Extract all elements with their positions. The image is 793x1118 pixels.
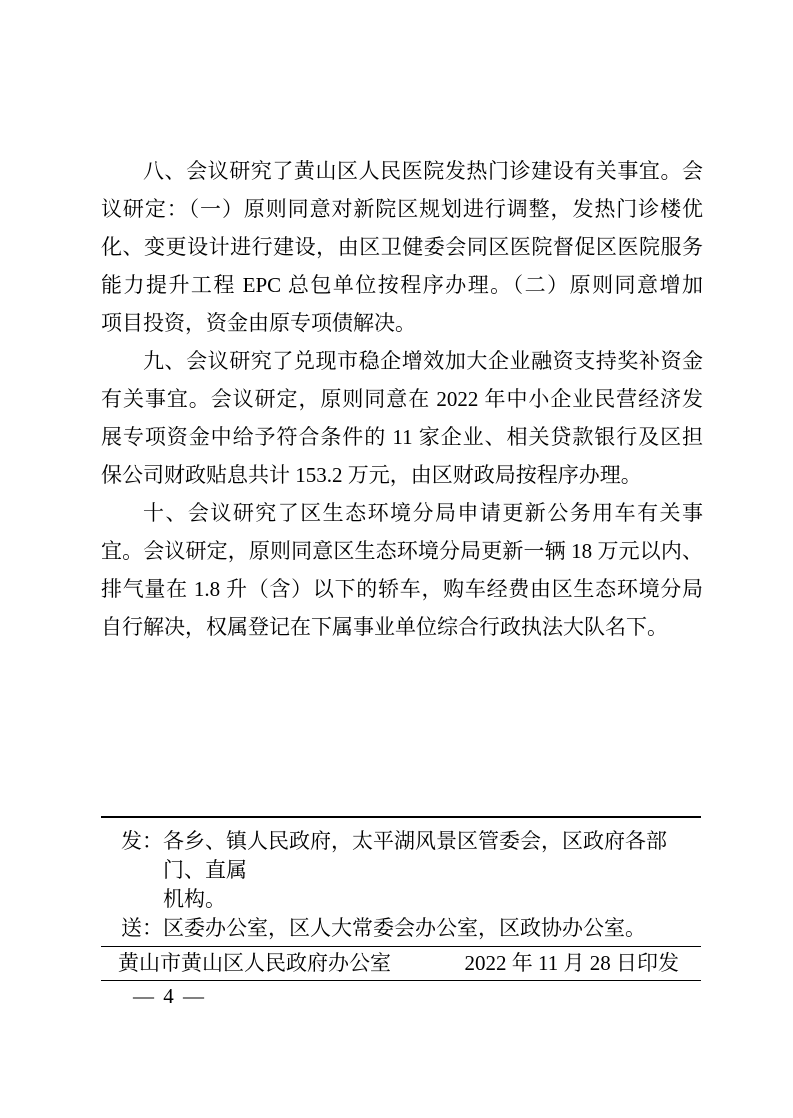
text-line: 九、会议研究了兑现市稳企增效加大企业融资支持奖补资金 — [101, 342, 703, 380]
page-number: — 4 — — [133, 984, 206, 1009]
text-line: 能力提升工程 EPC 总包单位按程序办理。（二）原则同意增加 — [101, 266, 703, 304]
distribution-fa-row: 发： 各乡、镇人民政府，太平湖风景区管委会，区政府各部门、直属机构。 — [101, 818, 701, 914]
text-line: 化、变更设计进行建设，由区卫健委会同区医院督促区医院服务 — [101, 228, 703, 266]
body-paragraph: 八、会议研究了黄山区人民医院发热门诊建设有关事宜。会议研定：（一）原则同意对新院… — [101, 152, 703, 342]
text-line: 项目投资，资金由原专项债解决。 — [101, 304, 703, 342]
text-line: 八、会议研究了黄山区人民医院发热门诊建设有关事宜。会 — [101, 152, 703, 190]
distribution-song-row: 送： 区委办公室，区人大常委会办公室，区政协办公室。 — [101, 914, 701, 947]
issuer-row: 黄山市黄山区人民政府办公室 2022 年 11 月 28 日印发 — [101, 947, 701, 981]
song-label: 送： — [121, 914, 163, 943]
text-line: 自行解决，权属登记在下属事业单位综合行政执法大队名下。 — [101, 608, 703, 646]
body-paragraph: 九、会议研究了兑现市稳企增效加大企业融资支持奖补资金有关事宜。会议研定，原则同意… — [101, 342, 703, 494]
document-body: 八、会议研究了黄山区人民医院发热门诊建设有关事宜。会议研定：（一）原则同意对新院… — [101, 152, 703, 646]
fa-text-line: 机构。 — [163, 885, 701, 914]
text-line: 有关事宜。会议研定，原则同意在 2022 年中小企业民营经济发 — [101, 380, 703, 418]
text-line: 展专项资金中给予符合条件的 11 家企业、相关贷款银行及区担 — [101, 418, 703, 456]
fa-text: 各乡、镇人民政府，太平湖风景区管委会，区政府各部门、直属机构。 — [163, 827, 701, 914]
fa-text-line: 各乡、镇人民政府，太平湖风景区管委会，区政府各部门、直属 — [163, 827, 701, 885]
text-line: 议研定：（一）原则同意对新院区规划进行调整，发热门诊楼优 — [101, 190, 703, 228]
distribution-block: 发： 各乡、镇人民政府，太平湖风景区管委会，区政府各部门、直属机构。 送： 区委… — [101, 816, 701, 981]
text-line: 排气量在 1.8 升（含）以下的轿车，购车经费由区生态环境分局 — [101, 570, 703, 608]
song-text: 区委办公室，区人大常委会办公室，区政协办公室。 — [163, 914, 701, 943]
document-page: 八、会议研究了黄山区人民医院发热门诊建设有关事宜。会议研定：（一）原则同意对新院… — [0, 0, 793, 1118]
body-paragraph: 十、会议研究了区生态环境分局申请更新公务用车有关事宜。会议研定，原则同意区生态环… — [101, 494, 703, 646]
print-date: 2022 年 11 月 28 日印发 — [465, 949, 679, 978]
text-line: 十、会议研究了区生态环境分局申请更新公务用车有关事 — [101, 494, 703, 532]
text-line: 宜。会议研定，原则同意区生态环境分局更新一辆 18 万元以内、 — [101, 532, 703, 570]
fa-label: 发： — [121, 827, 163, 856]
text-line: 保公司财政贴息共计 153.2 万元，由区财政局按程序办理。 — [101, 456, 703, 494]
issuer-name: 黄山市黄山区人民政府办公室 — [118, 949, 391, 978]
